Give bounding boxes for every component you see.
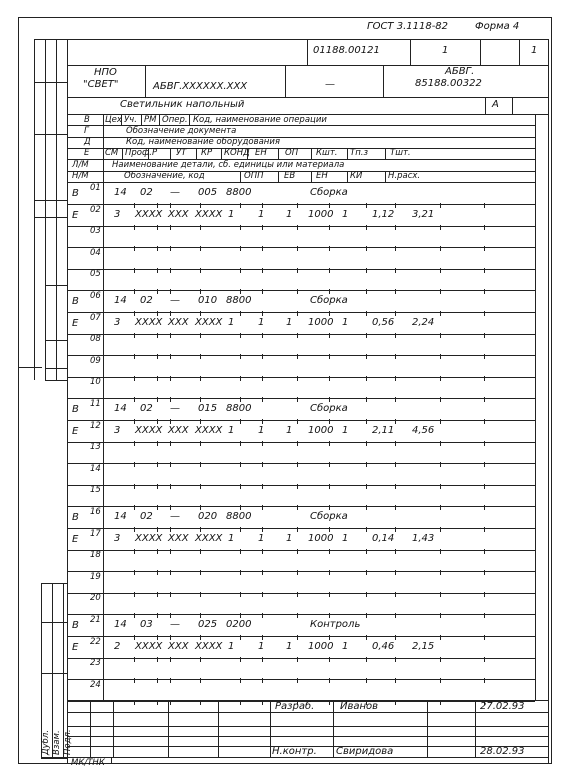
tick-mark bbox=[395, 246, 396, 251]
rule-line bbox=[67, 442, 535, 443]
tick-mark bbox=[366, 333, 367, 338]
tick-mark bbox=[157, 592, 158, 597]
legend-cell: ЕН bbox=[316, 172, 328, 181]
rule-line bbox=[113, 700, 114, 757]
row-cell: XXXX bbox=[135, 426, 162, 436]
tick-mark bbox=[366, 549, 367, 554]
row-cell: 005 bbox=[198, 188, 217, 198]
rule-line bbox=[90, 700, 91, 757]
tick-mark bbox=[484, 527, 485, 532]
tick-mark bbox=[157, 419, 158, 424]
row-number: 10 bbox=[90, 378, 101, 387]
tick-mark bbox=[200, 397, 201, 402]
tick-mark bbox=[440, 333, 441, 338]
tick-mark bbox=[484, 419, 485, 424]
tick-mark bbox=[366, 419, 367, 424]
tick-mark bbox=[200, 311, 201, 316]
tick-mark bbox=[395, 678, 396, 683]
tick-mark bbox=[134, 419, 135, 424]
tick-mark bbox=[134, 505, 135, 510]
row-number: 11 bbox=[90, 400, 101, 409]
tick-mark bbox=[395, 484, 396, 489]
tick-mark bbox=[329, 268, 330, 273]
row-cell: XXXX bbox=[195, 426, 222, 436]
row-cell: 3 bbox=[114, 210, 120, 220]
tick-mark bbox=[440, 635, 441, 640]
row-number: 21 bbox=[90, 616, 101, 625]
rule-line bbox=[385, 171, 386, 182]
operation-name: Сборка bbox=[310, 188, 348, 198]
row-cell: 1 bbox=[286, 210, 292, 220]
tick-mark bbox=[329, 462, 330, 467]
row-cell: 1 bbox=[342, 534, 348, 544]
tick-mark bbox=[157, 462, 158, 467]
tick-mark bbox=[366, 462, 367, 467]
tick-mark bbox=[170, 311, 171, 316]
tick-mark bbox=[395, 225, 396, 230]
tick-mark bbox=[262, 397, 263, 402]
row-cell: XXXX bbox=[135, 210, 162, 220]
tick-mark bbox=[366, 441, 367, 446]
rule-line bbox=[311, 148, 312, 159]
tick-mark bbox=[440, 441, 441, 446]
tick-mark bbox=[395, 203, 396, 208]
rule-line bbox=[311, 171, 312, 182]
tick-mark bbox=[366, 505, 367, 510]
row-cell: 1000 bbox=[308, 534, 333, 544]
row-cell: 1 bbox=[258, 210, 264, 220]
tick-mark bbox=[157, 354, 158, 359]
row-cell: 1000 bbox=[308, 426, 333, 436]
sheets-count: 1 bbox=[531, 46, 537, 56]
tick-mark bbox=[440, 570, 441, 575]
row-cell: 0,46 bbox=[372, 642, 394, 652]
tick-mark bbox=[240, 527, 241, 532]
tick-mark bbox=[329, 549, 330, 554]
row-number: 08 bbox=[90, 335, 101, 344]
tick-mark bbox=[395, 635, 396, 640]
tick-mark bbox=[157, 311, 158, 316]
tick-mark bbox=[329, 505, 330, 510]
tick-mark bbox=[200, 441, 201, 446]
tick-mark bbox=[440, 462, 441, 467]
row-number: 24 bbox=[90, 681, 101, 690]
tick-mark bbox=[262, 657, 263, 662]
tick-mark bbox=[157, 246, 158, 251]
tick-mark bbox=[297, 549, 298, 554]
row-cell: 1,43 bbox=[412, 534, 434, 544]
rule-line bbox=[67, 97, 548, 98]
tick-mark bbox=[200, 203, 201, 208]
rule-line bbox=[475, 700, 476, 757]
tick-mark bbox=[366, 268, 367, 273]
tick-mark bbox=[157, 484, 158, 489]
row-cell: 3 bbox=[114, 426, 120, 436]
tick-mark bbox=[240, 354, 241, 359]
tick-mark bbox=[134, 225, 135, 230]
rule-line bbox=[67, 420, 535, 421]
tick-mark bbox=[134, 484, 135, 489]
tick-mark bbox=[200, 419, 201, 424]
tick-mark bbox=[484, 613, 485, 618]
row-number: 12 bbox=[90, 422, 101, 431]
tick-mark bbox=[200, 505, 201, 510]
operation-name: Контроль bbox=[310, 620, 360, 630]
legend-cell: ЕН bbox=[255, 149, 267, 158]
tick-mark bbox=[484, 268, 485, 273]
tick-mark bbox=[395, 613, 396, 618]
tick-mark bbox=[170, 246, 171, 251]
tick-mark bbox=[262, 527, 263, 532]
tick-mark bbox=[200, 613, 201, 618]
rule-line bbox=[67, 550, 535, 551]
row-cell: 1 bbox=[258, 642, 264, 652]
tick-mark bbox=[329, 592, 330, 597]
tick-mark bbox=[240, 376, 241, 381]
tick-mark bbox=[366, 613, 367, 618]
tick-mark bbox=[262, 246, 263, 251]
tick-mark bbox=[262, 419, 263, 424]
tick-mark bbox=[440, 527, 441, 532]
tick-mark bbox=[440, 613, 441, 618]
row-cell: — bbox=[170, 512, 180, 522]
row-cell: 1000 bbox=[308, 318, 333, 328]
row-cell: 1 bbox=[286, 642, 292, 652]
rule-line bbox=[103, 114, 104, 700]
tick-mark bbox=[484, 397, 485, 402]
tick-mark bbox=[240, 289, 241, 294]
developed-by: Иванов bbox=[340, 702, 378, 712]
tick-mark bbox=[200, 484, 201, 489]
rule-line bbox=[45, 368, 67, 369]
row-cell: 2 bbox=[114, 642, 120, 652]
legend-code: Н/М bbox=[72, 172, 89, 181]
tick-mark bbox=[262, 268, 263, 273]
tick-mark bbox=[440, 268, 441, 273]
tick-mark bbox=[395, 570, 396, 575]
tick-mark bbox=[200, 246, 201, 251]
rule-line bbox=[45, 340, 67, 341]
tick-mark bbox=[170, 505, 171, 510]
rule-line bbox=[45, 285, 67, 286]
tick-mark bbox=[134, 592, 135, 597]
tick-mark bbox=[395, 268, 396, 273]
row-cell: XXX bbox=[168, 642, 189, 652]
legend-cell: Н.расх. bbox=[388, 172, 420, 181]
tick-mark bbox=[440, 354, 441, 359]
tick-mark bbox=[170, 635, 171, 640]
rule-line bbox=[278, 171, 279, 182]
row-cell: 1 bbox=[258, 534, 264, 544]
tick-mark bbox=[200, 225, 201, 230]
row-cell: — bbox=[170, 620, 180, 630]
tick-mark bbox=[134, 203, 135, 208]
tick-mark bbox=[366, 527, 367, 532]
tick-mark bbox=[134, 397, 135, 402]
row-cell: 010 bbox=[198, 296, 217, 306]
tick-mark bbox=[170, 678, 171, 683]
part-designation: АБВГ.XXXXXX.XXX bbox=[153, 82, 247, 92]
tick-mark bbox=[262, 441, 263, 446]
tick-mark bbox=[240, 441, 241, 446]
rule-line bbox=[67, 290, 535, 291]
rule-line bbox=[45, 380, 67, 381]
tick-mark bbox=[262, 225, 263, 230]
tick-mark bbox=[366, 246, 367, 251]
legend-code: Л/М bbox=[72, 161, 89, 170]
tick-mark bbox=[484, 635, 485, 640]
tick-mark bbox=[440, 376, 441, 381]
rule-line bbox=[111, 757, 112, 764]
rule-line bbox=[270, 700, 271, 757]
tick-mark bbox=[240, 635, 241, 640]
legend-cell: КР bbox=[201, 149, 212, 158]
rule-line bbox=[67, 593, 535, 594]
row-cell: 020 bbox=[198, 512, 217, 522]
tick-mark bbox=[329, 613, 330, 618]
row-number: 02 bbox=[90, 206, 101, 215]
row-number: 22 bbox=[90, 638, 101, 647]
rule-line bbox=[41, 757, 67, 759]
row-cell: 4,56 bbox=[412, 426, 434, 436]
tick-mark bbox=[200, 289, 201, 294]
tick-mark bbox=[366, 570, 367, 575]
tick-mark bbox=[484, 592, 485, 597]
tick-mark bbox=[297, 635, 298, 640]
tick-mark bbox=[395, 505, 396, 510]
tick-mark bbox=[200, 549, 201, 554]
tick-mark bbox=[134, 678, 135, 683]
tick-mark bbox=[297, 419, 298, 424]
tick-mark bbox=[329, 441, 330, 446]
tick-mark bbox=[200, 268, 201, 273]
tick-mark bbox=[262, 203, 263, 208]
rule-line bbox=[347, 171, 348, 182]
tick-mark bbox=[484, 505, 485, 510]
tick-mark bbox=[157, 268, 158, 273]
row-cell: 3,21 bbox=[412, 210, 434, 220]
tick-mark bbox=[329, 311, 330, 316]
tick-mark bbox=[134, 613, 135, 618]
legend-cell: Р bbox=[152, 149, 157, 158]
tick-mark bbox=[134, 549, 135, 554]
rule-line bbox=[548, 114, 549, 764]
row-number: 14 bbox=[90, 465, 101, 474]
tick-mark bbox=[170, 549, 171, 554]
tick-mark bbox=[170, 613, 171, 618]
tick-mark bbox=[440, 505, 441, 510]
tick-mark bbox=[262, 484, 263, 489]
tick-mark bbox=[262, 462, 263, 467]
tick-mark bbox=[262, 635, 263, 640]
tick-mark bbox=[297, 289, 298, 294]
tick-mark bbox=[240, 397, 241, 402]
row-cell: 1,12 bbox=[372, 210, 394, 220]
row-number: 07 bbox=[90, 314, 101, 323]
row-cell: 14 bbox=[114, 404, 127, 414]
tick-mark bbox=[440, 397, 441, 402]
tick-mark bbox=[170, 570, 171, 575]
tick-mark bbox=[366, 397, 367, 402]
rule-line bbox=[221, 148, 222, 159]
tick-mark bbox=[134, 657, 135, 662]
tick-mark bbox=[134, 376, 135, 381]
tick-mark bbox=[440, 311, 441, 316]
legend-cell: ОПП bbox=[244, 172, 263, 181]
row-cell: 8800 bbox=[226, 404, 251, 414]
legend-cell: КОНД bbox=[224, 149, 250, 158]
rule-line bbox=[168, 700, 169, 757]
tick-mark bbox=[297, 484, 298, 489]
tick-mark bbox=[134, 635, 135, 640]
tick-mark bbox=[240, 419, 241, 424]
tick-mark bbox=[170, 225, 171, 230]
dash: — bbox=[325, 80, 335, 90]
tick-mark bbox=[262, 354, 263, 359]
rule-line bbox=[67, 334, 535, 335]
row-number: 17 bbox=[90, 530, 101, 539]
tick-mark bbox=[395, 441, 396, 446]
row-number: 13 bbox=[90, 443, 101, 452]
row-cell: 3 bbox=[114, 534, 120, 544]
tick-mark bbox=[329, 527, 330, 532]
rule-line bbox=[56, 39, 57, 380]
row-cell: XXXX bbox=[195, 318, 222, 328]
tick-mark bbox=[157, 613, 158, 618]
tick-mark bbox=[297, 246, 298, 251]
rule-line bbox=[512, 97, 513, 114]
rule-line bbox=[385, 148, 386, 159]
tick-mark bbox=[484, 462, 485, 467]
doc-code: 01188.00121 bbox=[313, 46, 380, 56]
rule-line bbox=[427, 700, 428, 757]
rule-line bbox=[121, 114, 122, 125]
row-cell: 2,15 bbox=[412, 642, 434, 652]
tick-mark bbox=[366, 592, 367, 597]
tick-mark bbox=[240, 268, 241, 273]
rule-line bbox=[170, 148, 171, 159]
row-cell: XXXX bbox=[195, 210, 222, 220]
tick-mark bbox=[366, 635, 367, 640]
tick-mark bbox=[366, 657, 367, 662]
row-cell: 1 bbox=[286, 534, 292, 544]
operation-name: Сборка bbox=[310, 512, 348, 522]
rule-line bbox=[67, 636, 535, 637]
row-cell: 1 bbox=[228, 642, 234, 652]
rule-line bbox=[519, 39, 520, 65]
row-cell: 14 bbox=[114, 512, 127, 522]
legend-cell: СМ bbox=[105, 149, 118, 158]
rule-line bbox=[67, 204, 535, 205]
tick-mark bbox=[440, 549, 441, 554]
row-cell: XXX bbox=[168, 534, 189, 544]
legend-cell: ОП bbox=[285, 149, 298, 158]
tick-mark bbox=[297, 376, 298, 381]
rule-line bbox=[67, 658, 535, 659]
row-cell: 14 bbox=[114, 620, 127, 630]
legend-cell: Код, наименование операции bbox=[193, 116, 327, 125]
row-cell: — bbox=[170, 296, 180, 306]
tick-mark bbox=[170, 354, 171, 359]
row-cell: 1 bbox=[228, 210, 234, 220]
tick-mark bbox=[484, 289, 485, 294]
rule-line bbox=[67, 679, 535, 680]
product-name: Светильник напольный bbox=[120, 100, 244, 110]
tick-mark bbox=[200, 333, 201, 338]
legend-cell: Обозначение, код bbox=[124, 172, 205, 181]
row-cell: 14 bbox=[114, 296, 127, 306]
row-cell: 1 bbox=[342, 426, 348, 436]
row-number: 15 bbox=[90, 486, 101, 495]
rule-line bbox=[34, 200, 67, 201]
tick-mark bbox=[240, 613, 241, 618]
rule-line bbox=[34, 134, 67, 135]
legend-cell: Код, наименование оборудования bbox=[126, 138, 280, 147]
tick-mark bbox=[484, 376, 485, 381]
tick-mark bbox=[297, 657, 298, 662]
tick-mark bbox=[134, 268, 135, 273]
form-label: Форма 4 bbox=[475, 22, 519, 32]
tick-mark bbox=[18, 367, 42, 368]
tick-mark bbox=[200, 635, 201, 640]
row-cell: XXX bbox=[168, 210, 189, 220]
rule-line bbox=[67, 463, 535, 464]
rule-line bbox=[148, 148, 149, 159]
tick-mark bbox=[366, 678, 367, 683]
tick-mark bbox=[157, 505, 158, 510]
row-cell: 1 bbox=[342, 642, 348, 652]
rule-line bbox=[67, 712, 548, 713]
tick-mark bbox=[484, 311, 485, 316]
row-cell: 8800 bbox=[226, 296, 251, 306]
tick-mark bbox=[366, 311, 367, 316]
tick-mark bbox=[297, 225, 298, 230]
legend-code: Е bbox=[84, 149, 89, 158]
tick-mark bbox=[170, 657, 171, 662]
rule-line bbox=[278, 148, 279, 159]
row-number: 01 bbox=[90, 184, 101, 193]
rule-line bbox=[67, 726, 548, 727]
operation-name: Сборка bbox=[310, 296, 348, 306]
rule-line bbox=[67, 736, 548, 737]
tick-mark bbox=[262, 289, 263, 294]
tick-mark bbox=[297, 613, 298, 618]
tick-mark bbox=[170, 462, 171, 467]
rule-line bbox=[285, 65, 286, 97]
tick-mark bbox=[484, 549, 485, 554]
tick-mark bbox=[440, 225, 441, 230]
rule-line bbox=[41, 673, 67, 674]
legend-cell: Наименование детали, сб. единицы или мат… bbox=[112, 161, 344, 170]
legend-code: Г bbox=[84, 127, 89, 136]
operation-name: Сборка bbox=[310, 404, 348, 414]
tick-mark bbox=[366, 354, 367, 359]
rule-line bbox=[41, 583, 67, 584]
sheet-number: 1 bbox=[442, 46, 448, 56]
side-label: Дубл. bbox=[42, 730, 51, 755]
tick-mark bbox=[170, 484, 171, 489]
row-cell: 14 bbox=[114, 188, 127, 198]
tick-mark bbox=[170, 376, 171, 381]
row-cell: 2,24 bbox=[412, 318, 434, 328]
legend-cell: РМ bbox=[144, 116, 156, 125]
rule-line bbox=[41, 622, 67, 623]
tick-mark bbox=[134, 354, 135, 359]
tick-mark bbox=[240, 311, 241, 316]
tick-mark bbox=[134, 289, 135, 294]
tick-mark bbox=[484, 657, 485, 662]
tick-mark bbox=[329, 678, 330, 683]
